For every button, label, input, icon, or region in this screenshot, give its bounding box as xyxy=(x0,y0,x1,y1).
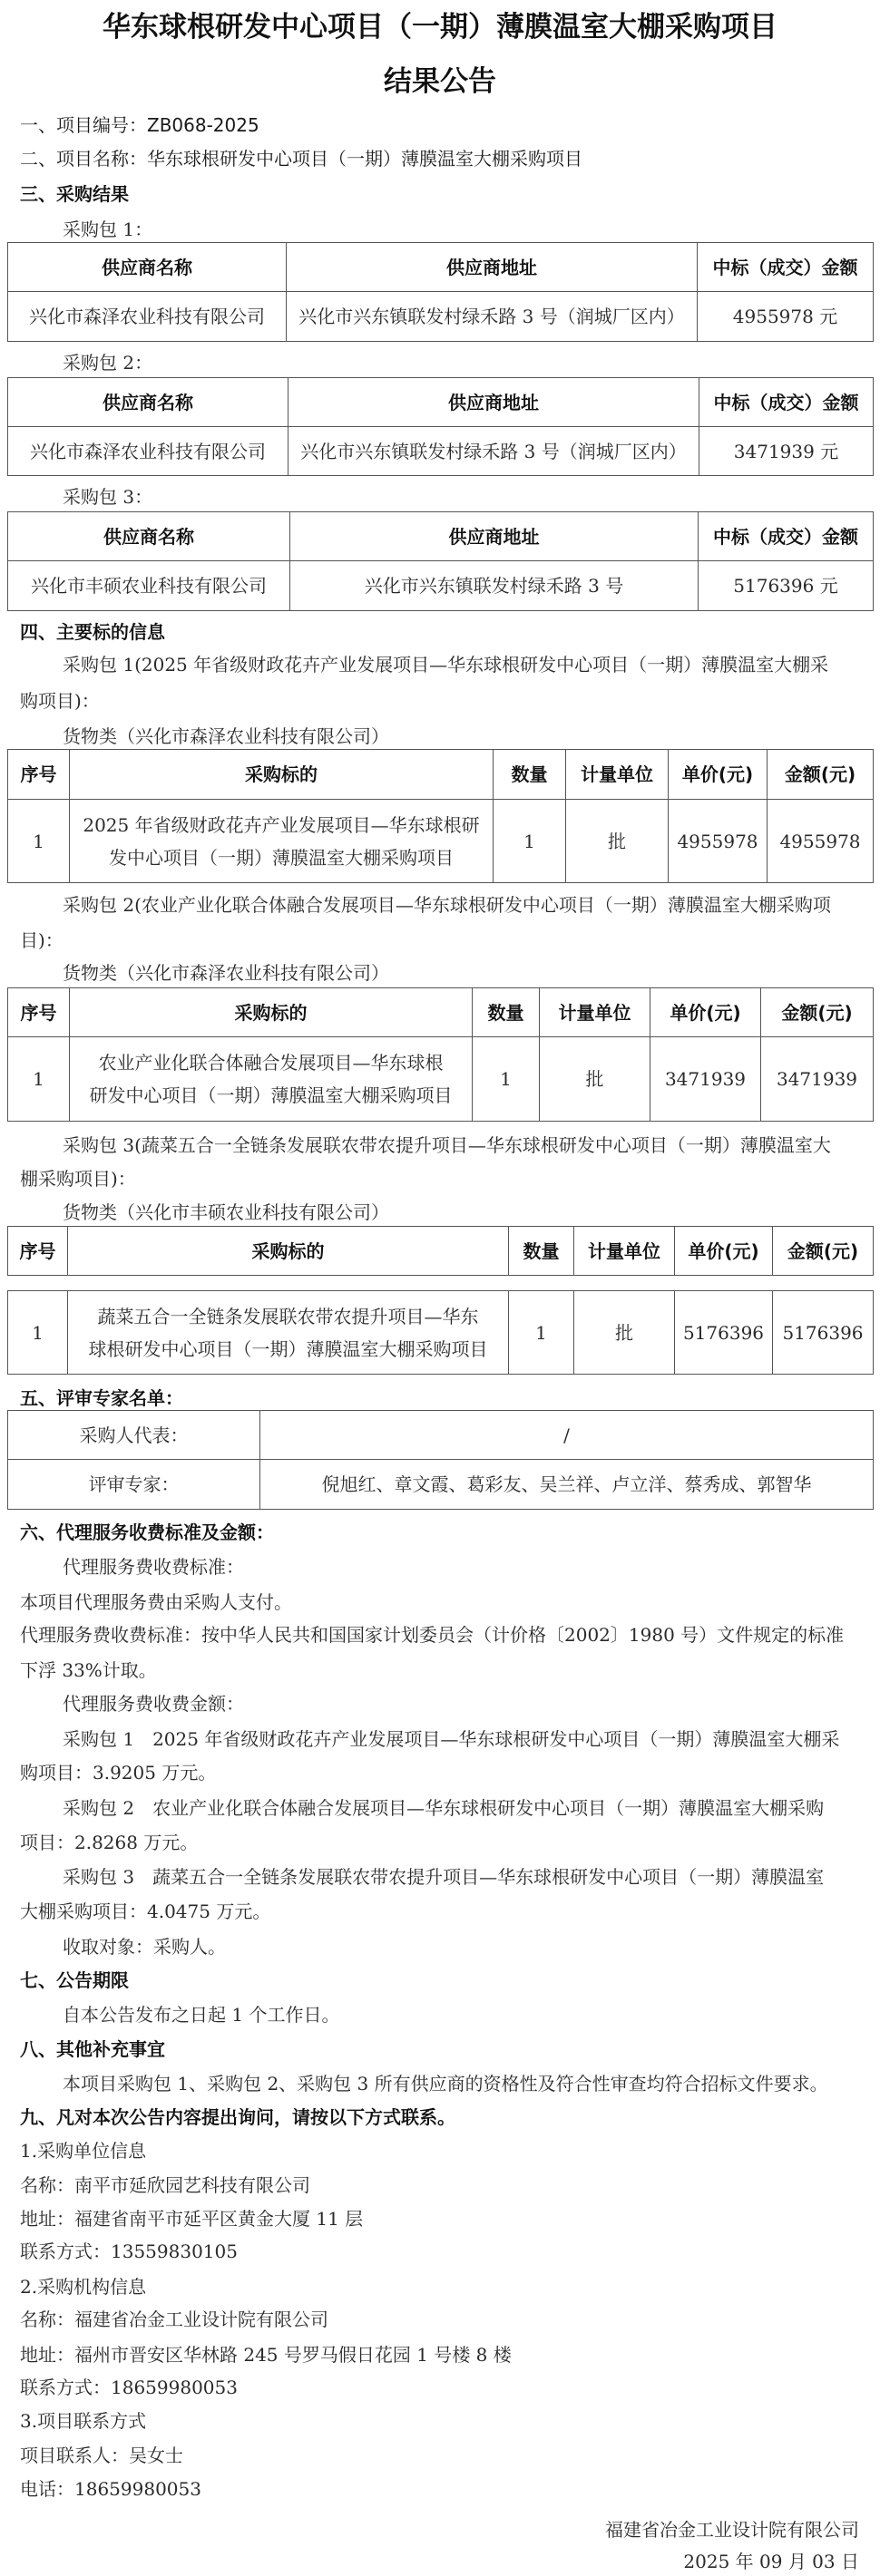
page-title: 华东球根研发中心项目（一期）薄膜温室大棚采购项目 xyxy=(0,4,880,44)
items-table-package-2: 序号 采购标的 数量 计量单位 单价(元) 金额(元) 1 农业产业化联合体融合… xyxy=(7,987,874,1122)
col-header-unit: 计量单位 xyxy=(540,988,650,1037)
signature-org: 福建省冶金工业设计院有限公司 xyxy=(605,2519,859,2541)
package-label: 采购包 2： xyxy=(63,352,152,374)
fee-standard-text-cont: 下浮 33%计取。 xyxy=(20,1659,157,1681)
contact-agency-phone: 联系方式：18659980053 xyxy=(20,2377,238,2398)
package-description: 采购包 3(蔬菜五合一全链条发展联农带农提升项目—华东球根研发中心项目（一期）薄… xyxy=(63,1134,831,1156)
award-amount: 4955978 元 xyxy=(698,292,874,342)
col-header-unit: 计量单位 xyxy=(566,750,669,800)
row-no: 1 xyxy=(8,1037,70,1122)
section-heading-fees: 六、代理服务收费标准及金额： xyxy=(20,1521,274,1543)
section-heading-experts: 五、评审专家名单： xyxy=(20,1387,183,1409)
col-header-item: 采购标的 xyxy=(68,1227,509,1276)
project-name: 二、项目名称：华东球根研发中心项目（一期）薄膜温室大棚采购项目 xyxy=(20,148,582,170)
row-amount: 5176396 xyxy=(773,1291,874,1375)
fee-package-3-cont: 大棚采购项目：4.0475 万元。 xyxy=(20,1900,270,1922)
col-header-supplier: 供应商名称 xyxy=(8,243,287,292)
row-item-line2: 研发中心项目（一期）薄膜温室大棚采购项目 xyxy=(73,1079,468,1112)
contact-agency-name: 名称：福建省冶金工业设计院有限公司 xyxy=(20,2309,328,2330)
col-header-no: 序号 xyxy=(8,1227,68,1276)
row-unit: 批 xyxy=(574,1291,675,1375)
items-table-package-1: 序号 采购标的 数量 计量单位 单价(元) 金额(元) 1 2025 年省级财政… xyxy=(7,749,874,883)
section-heading-other: 八、其他补充事宜 xyxy=(20,2038,165,2060)
col-header-address: 供应商地址 xyxy=(287,243,698,292)
col-header-amount: 金额(元) xyxy=(761,988,874,1037)
supplier-address: 兴化市兴东镇联发村绿禾路 3 号（润城厂区内） xyxy=(288,427,699,476)
col-header-amount: 中标（成交）金额 xyxy=(699,512,874,561)
other-text: 本项目采购包 1、采购包 2、采购包 3 所有供应商的资格性及符合性审查均符合招… xyxy=(63,2073,828,2095)
package-label: 采购包 1： xyxy=(63,219,152,240)
project-number: 一、项目编号：ZB068-2025 xyxy=(20,114,259,136)
award-amount: 3471939 元 xyxy=(699,427,874,476)
buyer-rep-label: 采购人代表： xyxy=(8,1411,260,1460)
experts-label: 评审专家： xyxy=(8,1460,260,1510)
contact-project-person: 项目联系人：吴女士 xyxy=(20,2445,183,2466)
period-text: 自本公告发布之日起 1 个工作日。 xyxy=(63,2004,339,2026)
row-no: 1 xyxy=(8,800,70,883)
col-header-address: 供应商地址 xyxy=(290,512,699,561)
col-header-item: 采购标的 xyxy=(70,750,494,800)
contact-project-phone: 电话：18659980053 xyxy=(20,2478,201,2500)
col-header-unit-price: 单价(元) xyxy=(675,1227,773,1276)
fee-package-3: 采购包 3 蔬菜五合一全链条发展联农带农提升项目—华东球根研发中心项目（一期）薄… xyxy=(63,1866,824,1888)
col-header-unit: 计量单位 xyxy=(574,1227,675,1276)
goods-category: 货物类（兴化市丰硕农业科技有限公司） xyxy=(63,1201,389,1223)
row-unit-price: 4955978 xyxy=(669,800,768,883)
fee-package-2-cont: 项目：2.8268 万元。 xyxy=(20,1832,198,1853)
fee-amount-label: 代理服务费收费金额： xyxy=(63,1693,244,1715)
section-heading-period: 七、公告期限 xyxy=(20,1969,129,1991)
contact-agency-address: 地址：福州市晋安区华林路 245 号罗马假日花园 1 号楼 8 楼 xyxy=(20,2344,512,2366)
contact-agency-heading: 2.采购机构信息 xyxy=(20,2276,146,2298)
row-unit: 批 xyxy=(566,800,669,883)
results-table-package-2: 供应商名称 供应商地址 中标（成交）金额 兴化市森泽农业科技有限公司 兴化市兴东… xyxy=(7,377,874,476)
fee-standard-text: 代理服务费收费标准：按中华人民共和国国家计划委员会（计价格〔2002〕1980 … xyxy=(20,1624,844,1646)
col-header-amount: 中标（成交）金额 xyxy=(699,378,874,427)
row-item-line1: 2025 年省级财政花卉产业发展项目—华东球根研 xyxy=(73,809,489,841)
col-header-amount: 金额(元) xyxy=(768,750,874,800)
contact-buyer-address: 地址：福建省南平市延平区黄金大厦 11 层 xyxy=(20,2208,363,2230)
row-item: 蔬菜五合一全链条发展联农带农提升项目—华东球根研发中心项目（一期）薄膜温室大棚采… xyxy=(68,1291,509,1375)
row-item-line1: 蔬菜五合一全链条发展联农带农提升项目—华东 xyxy=(72,1300,504,1333)
col-header-item: 采购标的 xyxy=(70,988,473,1037)
row-qty: 1 xyxy=(494,800,566,883)
col-header-qty: 数量 xyxy=(494,750,566,800)
row-unit: 批 xyxy=(540,1037,650,1122)
fee-package-1-cont: 购项目：3.9205 万元。 xyxy=(20,1762,216,1784)
section-heading-results: 三、采购结果 xyxy=(20,183,129,205)
items-table-package-3-body: 1 蔬菜五合一全链条发展联农带农提升项目—华东球根研发中心项目（一期）薄膜温室大… xyxy=(7,1290,874,1375)
signature-date: 2025 年 09 月 03 日 xyxy=(683,2551,859,2572)
col-header-supplier: 供应商名称 xyxy=(8,378,288,427)
supplier-address: 兴化市兴东镇联发村绿禾路 3 号（润城厂区内） xyxy=(287,292,698,342)
fee-package-1: 采购包 1 2025 年省级财政花卉产业发展项目—华东球根研发中心项目（一期）薄… xyxy=(63,1728,839,1750)
row-item-line1: 农业产业化联合体融合发展项目—华东球根 xyxy=(73,1046,468,1079)
fee-payer: 本项目代理服务费由采购人支付。 xyxy=(20,1591,292,1613)
buyer-rep-value: / xyxy=(260,1411,874,1460)
supplier-name: 兴化市森泽农业科技有限公司 xyxy=(8,292,287,342)
row-qty: 1 xyxy=(509,1291,574,1375)
experts-value: 倪旭红、章文霞、葛彩友、吴兰祥、卢立洋、蔡秀成、郭智华 xyxy=(260,1460,874,1510)
supplier-name: 兴化市丰硕农业科技有限公司 xyxy=(8,561,290,611)
page-subtitle: 结果公告 xyxy=(0,58,880,99)
fee-collect-from: 收取对象：采购人。 xyxy=(63,1936,226,1958)
col-header-no: 序号 xyxy=(8,988,70,1037)
row-amount: 3471939 xyxy=(761,1037,874,1122)
supplier-name: 兴化市森泽农业科技有限公司 xyxy=(8,427,288,476)
contact-project-heading: 3.项目联系方式 xyxy=(20,2410,146,2432)
col-header-amount: 中标（成交）金额 xyxy=(698,243,874,292)
row-unit-price: 3471939 xyxy=(650,1037,761,1122)
contact-buyer-name: 名称：南平市延欣园艺科技有限公司 xyxy=(20,2174,310,2196)
package-description-cont: 目)： xyxy=(20,929,64,951)
contact-buyer-phone: 联系方式：13559830105 xyxy=(20,2241,238,2262)
package-description-cont: 棚采购项目)： xyxy=(20,1168,136,1190)
section-heading-items: 四、主要标的信息 xyxy=(20,621,165,643)
package-description-cont: 购项目)： xyxy=(20,690,100,712)
row-no: 1 xyxy=(8,1291,68,1375)
package-description: 采购包 1(2025 年省级财政花卉产业发展项目—华东球根研发中心项目（一期）薄… xyxy=(63,654,828,676)
results-table-package-3: 供应商名称 供应商地址 中标（成交）金额 兴化市丰硕农业科技有限公司 兴化市兴东… xyxy=(7,511,874,611)
contact-buyer-heading: 1.采购单位信息 xyxy=(20,2140,146,2162)
row-qty: 1 xyxy=(473,1037,540,1122)
results-table-package-1: 供应商名称 供应商地址 中标（成交）金额 兴化市森泽农业科技有限公司 兴化市兴东… xyxy=(7,242,874,342)
experts-table: 采购人代表： / 评审专家： 倪旭红、章文霞、葛彩友、吴兰祥、卢立洋、蔡秀成、郭… xyxy=(7,1410,874,1510)
items-table-package-3-header: 序号 采购标的 数量 计量单位 单价(元) 金额(元) xyxy=(7,1226,874,1276)
row-item: 农业产业化联合体融合发展项目—华东球根研发中心项目（一期）薄膜温室大棚采购项目 xyxy=(70,1037,473,1122)
row-item-line2: 球根研发中心项目（一期）薄膜温室大棚采购项目 xyxy=(72,1333,504,1366)
col-header-unit-price: 单价(元) xyxy=(669,750,768,800)
fee-package-2: 采购包 2 农业产业化联合体融合发展项目—华东球根研发中心项目（一期）薄膜温室大… xyxy=(63,1797,824,1819)
col-header-amount: 金额(元) xyxy=(773,1227,874,1276)
package-label: 采购包 3： xyxy=(63,486,152,508)
fee-standard-label: 代理服务费收费标准： xyxy=(63,1556,244,1578)
supplier-address: 兴化市兴东镇联发村绿禾路 3 号 xyxy=(290,561,699,611)
award-amount: 5176396 元 xyxy=(699,561,874,611)
col-header-qty: 数量 xyxy=(509,1227,574,1276)
row-item: 2025 年省级财政花卉产业发展项目—华东球根研发中心项目（一期）薄膜温室大棚采… xyxy=(70,800,494,883)
row-item-line2: 发中心项目（一期）薄膜温室大棚采购项目 xyxy=(73,841,489,874)
col-header-unit-price: 单价(元) xyxy=(650,988,761,1037)
section-heading-contact: 九、凡对本次公告内容提出询问，请按以下方式联系。 xyxy=(20,2106,455,2128)
col-header-qty: 数量 xyxy=(473,988,540,1037)
col-header-address: 供应商地址 xyxy=(288,378,699,427)
col-header-no: 序号 xyxy=(8,750,70,800)
row-unit-price: 5176396 xyxy=(675,1291,773,1375)
col-header-supplier: 供应商名称 xyxy=(8,512,290,561)
goods-category: 货物类（兴化市森泽农业科技有限公司） xyxy=(63,725,389,747)
package-description: 采购包 2(农业产业化联合体融合发展项目—华东球根研发中心项目（一期）薄膜温室大… xyxy=(63,894,831,916)
row-amount: 4955978 xyxy=(768,800,874,883)
goods-category: 货物类（兴化市森泽农业科技有限公司） xyxy=(63,962,389,984)
